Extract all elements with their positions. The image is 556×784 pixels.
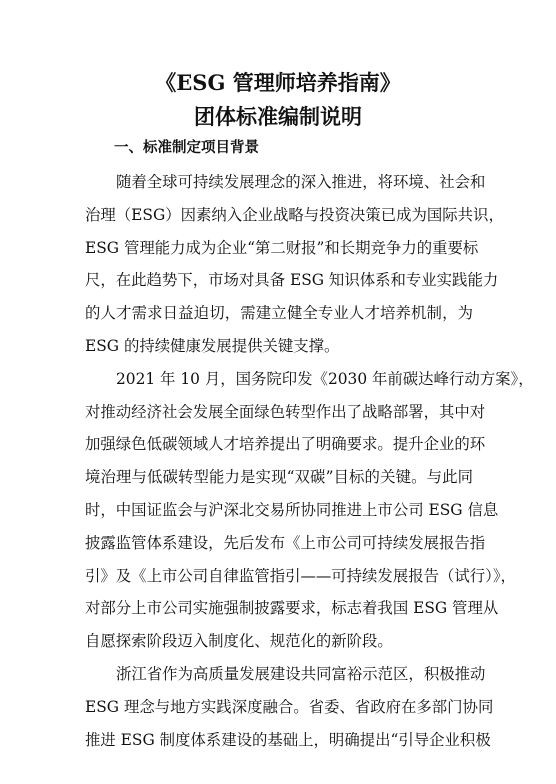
paragraph-line: 披露监管体系建设，先后发布《上市公司可持续发展报告指 xyxy=(85,527,473,560)
paragraph-line: 加强绿色低碳领域人才培养提出了明确要求。提升企业的环 xyxy=(85,428,473,461)
paragraph-line: 时，中国证监会与沪深北交易所协同推进上市公司 ESG 信息 xyxy=(85,494,473,527)
paragraph-line: 浙江省作为高质量发展建设共同富裕示范区，积极推动 xyxy=(85,658,473,691)
paragraph-line: 自愿探索阶段迈入制度化、规范化的新阶段。 xyxy=(85,625,473,658)
paragraph-line: ESG 理念与地方实践深度融合。省委、省政府在多部门协同 xyxy=(85,691,473,724)
paragraph-line: 对推动经济社会发展全面绿色转型作出了战略部署，其中对 xyxy=(85,396,473,429)
document-subtitle: 团体标准编制说明 xyxy=(0,102,556,132)
paragraph-line: 随着全球可持续发展理念的深入推进，将环境、社会和 xyxy=(85,166,473,199)
paragraph-line: 引》及《上市公司自律监管指引——可持续发展报告（试行）》， xyxy=(85,560,473,593)
paragraph-line: ESG 管理能力成为企业“第二财报”和长期竞争力的重要标 xyxy=(85,232,473,265)
document-body: 随着全球可持续发展理念的深入推进，将环境、社会和 治理（ESG）因素纳入企业战略… xyxy=(85,166,473,756)
paragraph-line: 推进 ESG 制度体系建设的基础上，明确提出“引导企业积极 xyxy=(85,724,473,757)
section-heading: 一、标准制定项目背景 xyxy=(114,138,259,158)
paragraph-line: 治理（ESG）因素纳入企业战略与投资决策已成为国际共识， xyxy=(85,199,473,232)
paragraph-line: 的人才需求日益迫切，需建立健全专业人才培养机制，为 xyxy=(85,297,473,330)
document-title: 《ESG 管理师培养指南》 xyxy=(0,68,556,98)
paragraph-line: ESG 的持续健康发展提供关键支撑。 xyxy=(85,330,473,363)
paragraph-line: 对部分上市公司实施强制披露要求，标志着我国 ESG 管理从 xyxy=(85,592,473,625)
paragraph-line: 境治理与低碳转型能力是实现“双碳”目标的关键。与此同 xyxy=(85,461,473,494)
document-page: 《ESG 管理师培养指南》 团体标准编制说明 一、标准制定项目背景 随着全球可持… xyxy=(0,0,556,784)
paragraph-line: 2021 年 10 月，国务院印发《2030 年前碳达峰行动方案》， xyxy=(85,363,473,396)
paragraph-line: 尺，在此趋势下，市场对具备 ESG 知识体系和专业实践能力 xyxy=(85,264,473,297)
